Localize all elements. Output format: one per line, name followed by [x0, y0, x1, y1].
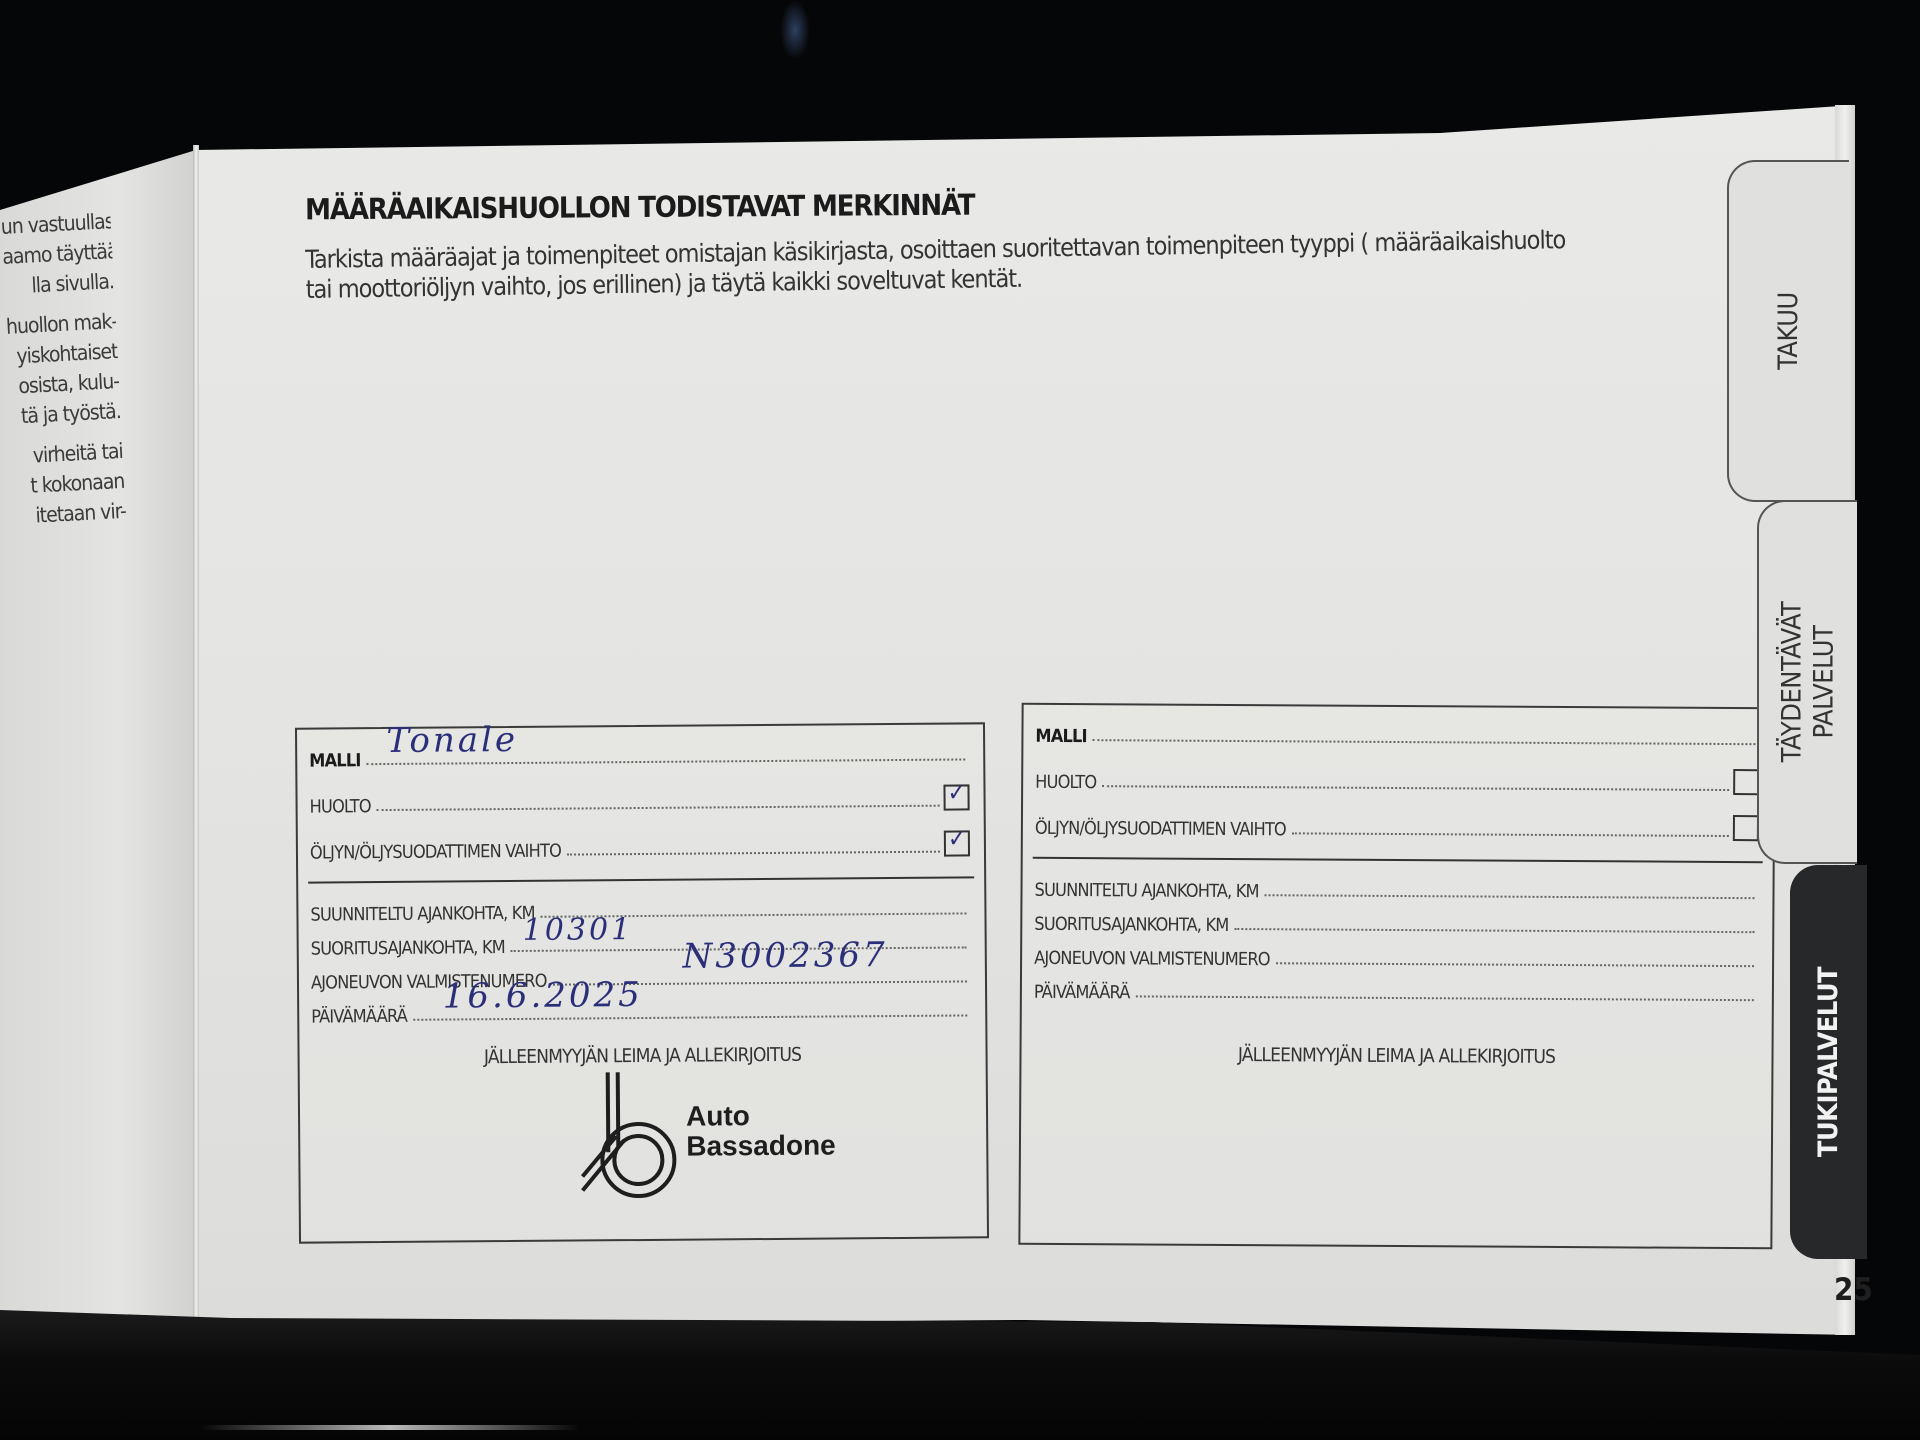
performed-km-label: SUORITUSAJANKOHTA, KM — [1034, 914, 1228, 936]
date-label: PÄIVÄMÄÄRÄ — [1034, 982, 1130, 1004]
tab-label-line-1: TÄYDENTÄVÄT — [1776, 602, 1808, 763]
vin-row: AJONEUVON VALMISTENUMERO — [1034, 939, 1758, 973]
service-label: HUOLTO — [1035, 772, 1096, 793]
oil-change-checkbox[interactable] — [1733, 815, 1759, 841]
oil-change-label: ÖLJYN/ÖLJYSUODATTIMEN VAIHTO — [1035, 818, 1286, 841]
book-spine — [193, 145, 199, 1325]
planned-km-label: SUUNNITELTU AJANKOHTA, KM — [1034, 880, 1258, 902]
tab-takuu[interactable]: TAKUU — [1727, 160, 1849, 502]
planned-km-field[interactable] — [1265, 893, 1755, 899]
planned-km-row: SUUNNITELTU AJANKOHTA, KM — [1034, 871, 1758, 905]
performed-km-value: 10301 — [523, 912, 634, 948]
dotted-line — [567, 850, 940, 856]
model-field[interactable] — [1093, 738, 1756, 745]
vin-field[interactable] — [1276, 961, 1754, 967]
performed-km-row: SUORITUSAJANKOHTA, KM — [1034, 905, 1758, 939]
tab-tukipalvelut[interactable]: TUKIPALVELUT — [1790, 865, 1867, 1259]
left-paragraph-2: huollon mak- yiskohtaiset osista, kulu- … — [5, 306, 121, 432]
date-label: PÄIVÄMÄÄRÄ — [311, 1006, 407, 1028]
vin-label: AJONEUVON VALMISTENUMERO — [1034, 948, 1270, 970]
auto-bassadone-logo-icon — [580, 1072, 691, 1203]
service-checkbox[interactable] — [1733, 769, 1759, 795]
service-label: HUOLTO — [310, 796, 371, 817]
text-line: itetaan vir- — [15, 496, 126, 532]
dotted-line — [1102, 784, 1729, 791]
performed-km-field[interactable] — [1234, 927, 1754, 933]
tab-label: TAKUU — [1773, 292, 1805, 370]
oil-change-checkbox[interactable]: ✓ — [944, 830, 970, 856]
tab-label: TÄYDENTÄVÄT PALVELUT — [1776, 602, 1840, 763]
page-title: MÄÄRÄAIKAISHUOLLON TODISTAVAT MERKINNÄT — [305, 188, 975, 227]
service-row: HUOLTO ✓ — [309, 782, 969, 817]
date-field[interactable] — [1136, 994, 1754, 1001]
date-value: 16.6.2025 — [443, 975, 643, 1017]
oil-change-label: ÖLJYN/ÖLJYSUODATTIMEN VAIHTO — [310, 841, 561, 864]
model-label: MALLI — [1035, 726, 1086, 747]
stamp-text: Auto Bassadone — [686, 1100, 836, 1161]
stamp-line-1: Auto — [686, 1100, 836, 1131]
service-checkbox[interactable]: ✓ — [943, 784, 969, 810]
model-field[interactable]: Tonale — [367, 757, 966, 765]
oil-change-row: ÖLJYN/ÖLJYSUODATTIMEN VAIHTO — [1035, 809, 1759, 843]
service-record-form-2: MALLI HUOLTO ÖLJYN/ÖLJYSUODATTIMEN VAIHT… — [1018, 703, 1775, 1250]
stamp-line-2: Bassadone — [686, 1130, 836, 1161]
performed-km-label: SUORITUSAJANKOHTA, KM — [311, 937, 505, 960]
planned-km-row: SUUNNITELTU AJANKOHTA, KM — [310, 890, 970, 925]
date-field[interactable]: 16.6.2025 — [413, 1013, 967, 1020]
service-record-form-1: MALLI Tonale HUOLTO ✓ ÖLJYN/ÖLJYSUODATTI… — [295, 722, 989, 1243]
service-row: HUOLTO — [1035, 763, 1759, 797]
model-row: MALLI — [1035, 717, 1759, 751]
background-light — [780, 0, 810, 60]
text-line: lla sivulla. — [3, 266, 114, 302]
separator — [308, 876, 974, 883]
dotted-line — [1292, 831, 1729, 837]
dealer-stamp: Auto Bassadone — [580, 1070, 881, 1202]
date-row: PÄIVÄMÄÄRÄ — [1034, 973, 1758, 1007]
surface-reflection — [200, 1425, 580, 1430]
tab-label: TUKIPALVELUT — [1814, 967, 1846, 1157]
vin-value: N3002367 — [682, 935, 887, 977]
model-value: Tonale — [386, 720, 518, 761]
separator — [1033, 857, 1763, 863]
left-paragraph-1: un vastuullasi. aamo täyttää lla sivulla… — [0, 206, 115, 302]
text-line: tä ja työstä. — [10, 396, 121, 432]
stamp-label: JÄLLEENMYYJÄN LEIMA JA ALLEKIRJOITUS — [299, 1042, 985, 1069]
left-page-text: un vastuullasi. aamo täyttää lla sivulla… — [0, 206, 127, 541]
stamp-label: JÄLLEENMYYJÄN LEIMA JA ALLEKIRJOITUS — [1021, 1043, 1771, 1070]
tab-taydentavat-palvelut[interactable]: TÄYDENTÄVÄT PALVELUT — [1757, 500, 1857, 864]
planned-km-label: SUUNNITELTU AJANKOHTA, KM — [310, 903, 534, 926]
page-number: 25 — [1834, 1272, 1873, 1308]
checkmark-icon: ✓ — [948, 824, 966, 852]
date-row: PÄIVÄMÄÄRÄ 16.6.2025 — [311, 992, 971, 1027]
tab-label-line-2: PALVELUT — [1808, 602, 1840, 763]
dotted-line — [377, 804, 940, 811]
model-row: MALLI Tonale — [309, 736, 969, 771]
left-paragraph-3: virheitä tai t kokonaan itetaan vir- — [12, 436, 127, 532]
checkmark-icon: ✓ — [947, 778, 965, 806]
model-label: MALLI — [309, 750, 360, 771]
oil-change-row: ÖLJYN/ÖLJYSUODATTIMEN VAIHTO ✓ — [310, 828, 970, 863]
